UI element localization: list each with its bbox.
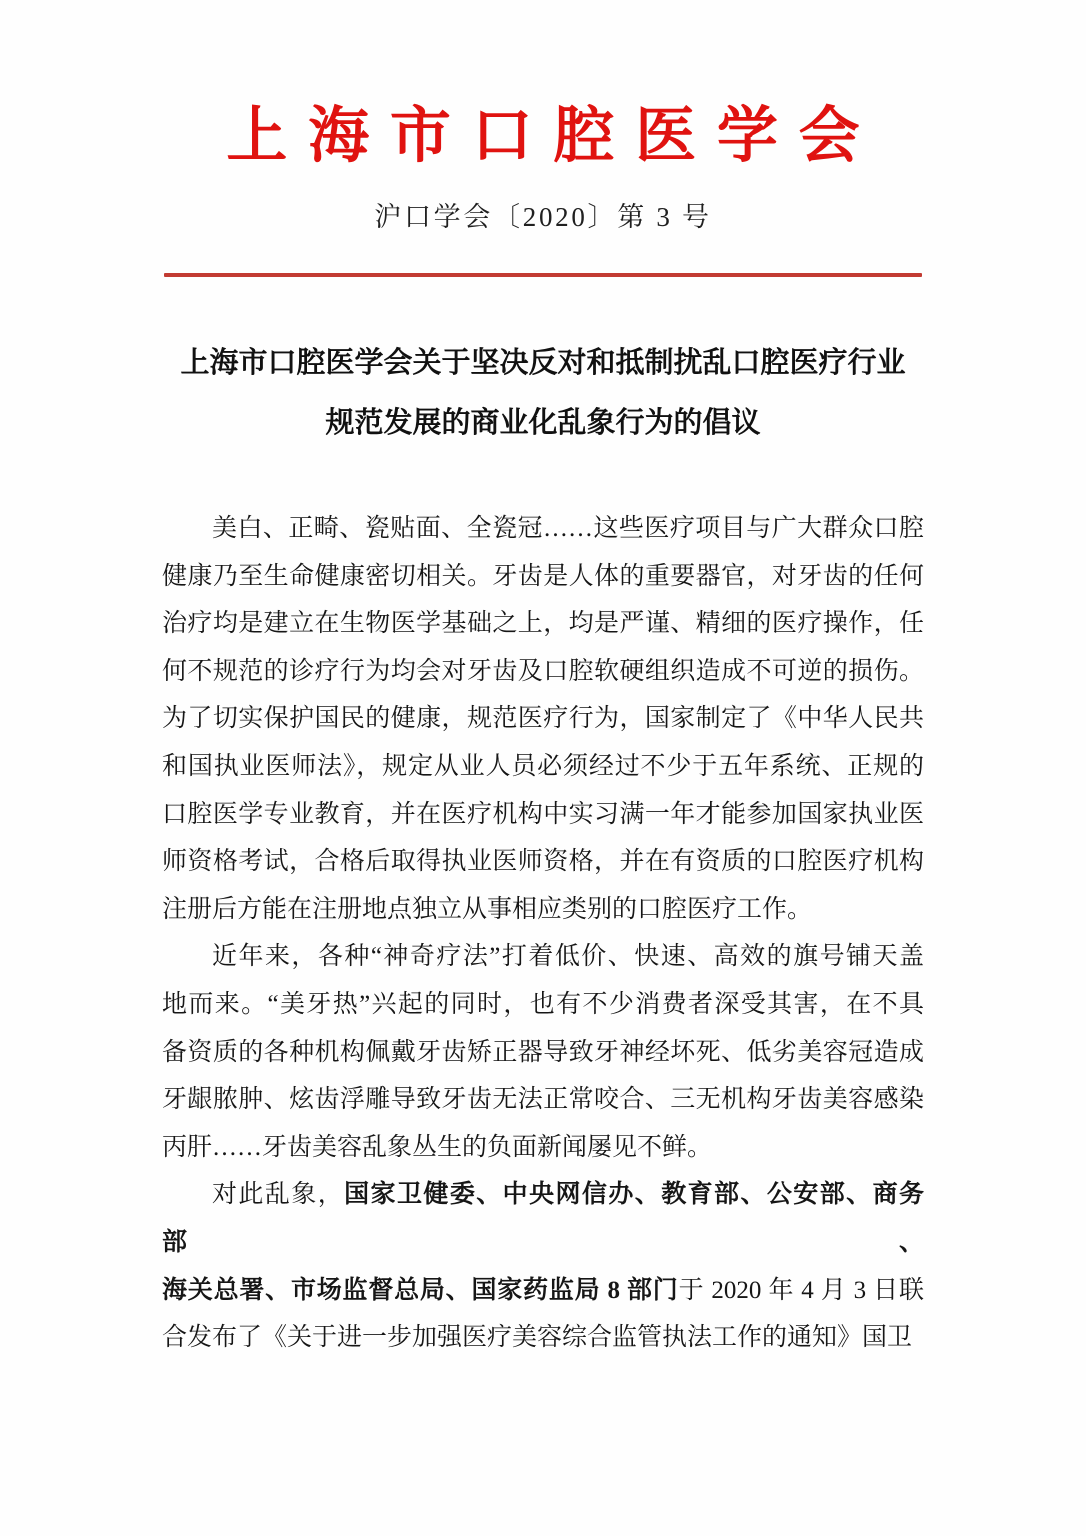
body-line: 牙龈脓肿、炫齿浮雕导致牙齿无法正常咬合、三无机构牙齿美容感染: [162, 1076, 924, 1124]
document-title-line-2: 规范发展的商业化乱象行为的倡议: [0, 393, 1086, 453]
body-text-segment: 合发布了《关于进一步加强医疗美容综合监管执法工作的通知》国卫: [162, 1324, 912, 1351]
body-text-segment: 口腔医学专业教育，并在医疗机构中实习满一年才能参加国家执业医: [162, 801, 924, 828]
document-title: 上海市口腔医学会关于坚决反对和抵制扰乱口腔医疗行业 规范发展的商业化乱象行为的倡…: [0, 333, 1086, 453]
body-line: 地而来。“美牙热”兴起的同时，也有不少消费者深受其害，在不具: [162, 981, 924, 1029]
body-paragraph: 美白、正畸、瓷贴面、全瓷冠……这些医疗项目与广大群众口腔健康乃至生命健康密切相关…: [162, 505, 924, 933]
body-text-segment: 于 2020 年 4 月 3 日联: [679, 1277, 924, 1304]
body-text-segment: 为了切实保护国民的健康，规范医疗行为，国家制定了《中华人民共: [162, 705, 924, 732]
body-line: 和国执业医师法》，规定从业人员必须经过不少于五年系统、正规的: [162, 743, 924, 791]
body-line: 师资格考试，合格后取得执业医师资格，并在有资质的口腔医疗机构: [162, 838, 924, 886]
body-line: 何不规范的诊疗行为均会对牙齿及口腔软硬组织造成不可逆的损伤。: [162, 648, 924, 696]
body-text-segment: 牙龈脓肿、炫齿浮雕导致牙齿无法正常咬合、三无机构牙齿美容感染: [162, 1086, 924, 1113]
body-line: 美白、正畸、瓷贴面、全瓷冠……这些医疗项目与广大群众口腔: [162, 505, 924, 553]
body-line: 注册后方能在注册地点独立从事相应类别的口腔医疗工作。: [162, 886, 924, 934]
body-text-segment: 治疗均是建立在生物医学基础之上，均是严谨、精细的医疗操作，任: [162, 610, 924, 637]
body-text-segment: 近年来，各种“神奇疗法”打着低价、快速、高效的旗号铺天盖: [212, 943, 924, 970]
body-text-segment: 备资质的各种机构佩戴牙齿矫正器导致牙神经坏死、低劣美容冠造成: [162, 1039, 924, 1066]
body-text-segment: 注册后方能在注册地点独立从事相应类别的口腔医疗工作。: [162, 896, 812, 923]
body-text-segment: 美白、正畸、瓷贴面、全瓷冠……这些医疗项目与广大群众口腔: [212, 515, 924, 542]
org-name: 上海市口腔医学会: [0, 106, 1086, 167]
body-text-segment: 丙肝……牙齿美容乱象丛生的负面新闻屡见不鲜。: [162, 1134, 712, 1161]
body-line: 对此乱象，国家卫健委、中央网信办、教育部、公安部、商务部、: [162, 1171, 924, 1266]
body-text-segment: 何不规范的诊疗行为均会对牙齿及口腔软硬组织造成不可逆的损伤。: [162, 658, 924, 685]
document-page: 上海市口腔医学会 沪口学会〔2020〕第 3 号 上海市口腔医学会关于坚决反对和…: [0, 0, 1086, 1536]
body-paragraph: 对此乱象，国家卫健委、中央网信办、教育部、公安部、商务部、海关总署、市场监督总局…: [162, 1171, 924, 1361]
body-line: 口腔医学专业教育，并在医疗机构中实习满一年才能参加国家执业医: [162, 791, 924, 839]
body-text-segment: 和国执业医师法》，规定从业人员必须经过不少于五年系统、正规的: [162, 753, 924, 780]
body-text-bold-segment: 海关总署、市场监督总局、国家药监局 8 部门: [162, 1277, 679, 1304]
body-line: 近年来，各种“神奇疗法”打着低价、快速、高效的旗号铺天盖: [162, 933, 924, 981]
body-line: 丙肝……牙齿美容乱象丛生的负面新闻屡见不鲜。: [162, 1124, 924, 1172]
body-text-segment: 地而来。“美牙热”兴起的同时，也有不少消费者深受其害，在不具: [162, 991, 924, 1018]
document-body: 美白、正畸、瓷贴面、全瓷冠……这些医疗项目与广大群众口腔健康乃至生命健康密切相关…: [162, 505, 924, 1362]
red-divider: [164, 273, 922, 277]
body-line: 治疗均是建立在生物医学基础之上，均是严谨、精细的医疗操作，任: [162, 600, 924, 648]
body-line: 健康乃至生命健康密切相关。牙齿是人体的重要器官，对牙齿的任何: [162, 553, 924, 601]
body-line: 合发布了《关于进一步加强医疗美容综合监管执法工作的通知》国卫: [162, 1314, 924, 1362]
body-text-segment: 对此乱象，: [212, 1181, 344, 1208]
body-paragraph: 近年来，各种“神奇疗法”打着低价、快速、高效的旗号铺天盖地而来。“美牙热”兴起的…: [162, 933, 924, 1171]
body-line: 海关总署、市场监督总局、国家药监局 8 部门于 2020 年 4 月 3 日联: [162, 1267, 924, 1315]
document-title-line-1: 上海市口腔医学会关于坚决反对和抵制扰乱口腔医疗行业: [0, 333, 1086, 393]
body-text-segment: 健康乃至生命健康密切相关。牙齿是人体的重要器官，对牙齿的任何: [162, 563, 924, 590]
body-line: 备资质的各种机构佩戴牙齿矫正器导致牙神经坏死、低劣美容冠造成: [162, 1029, 924, 1077]
doc-number: 沪口学会〔2020〕第 3 号: [0, 200, 1086, 235]
body-text-segment: 师资格考试，合格后取得执业医师资格，并在有资质的口腔医疗机构: [162, 848, 924, 875]
body-line: 为了切实保护国民的健康，规范医疗行为，国家制定了《中华人民共: [162, 695, 924, 743]
